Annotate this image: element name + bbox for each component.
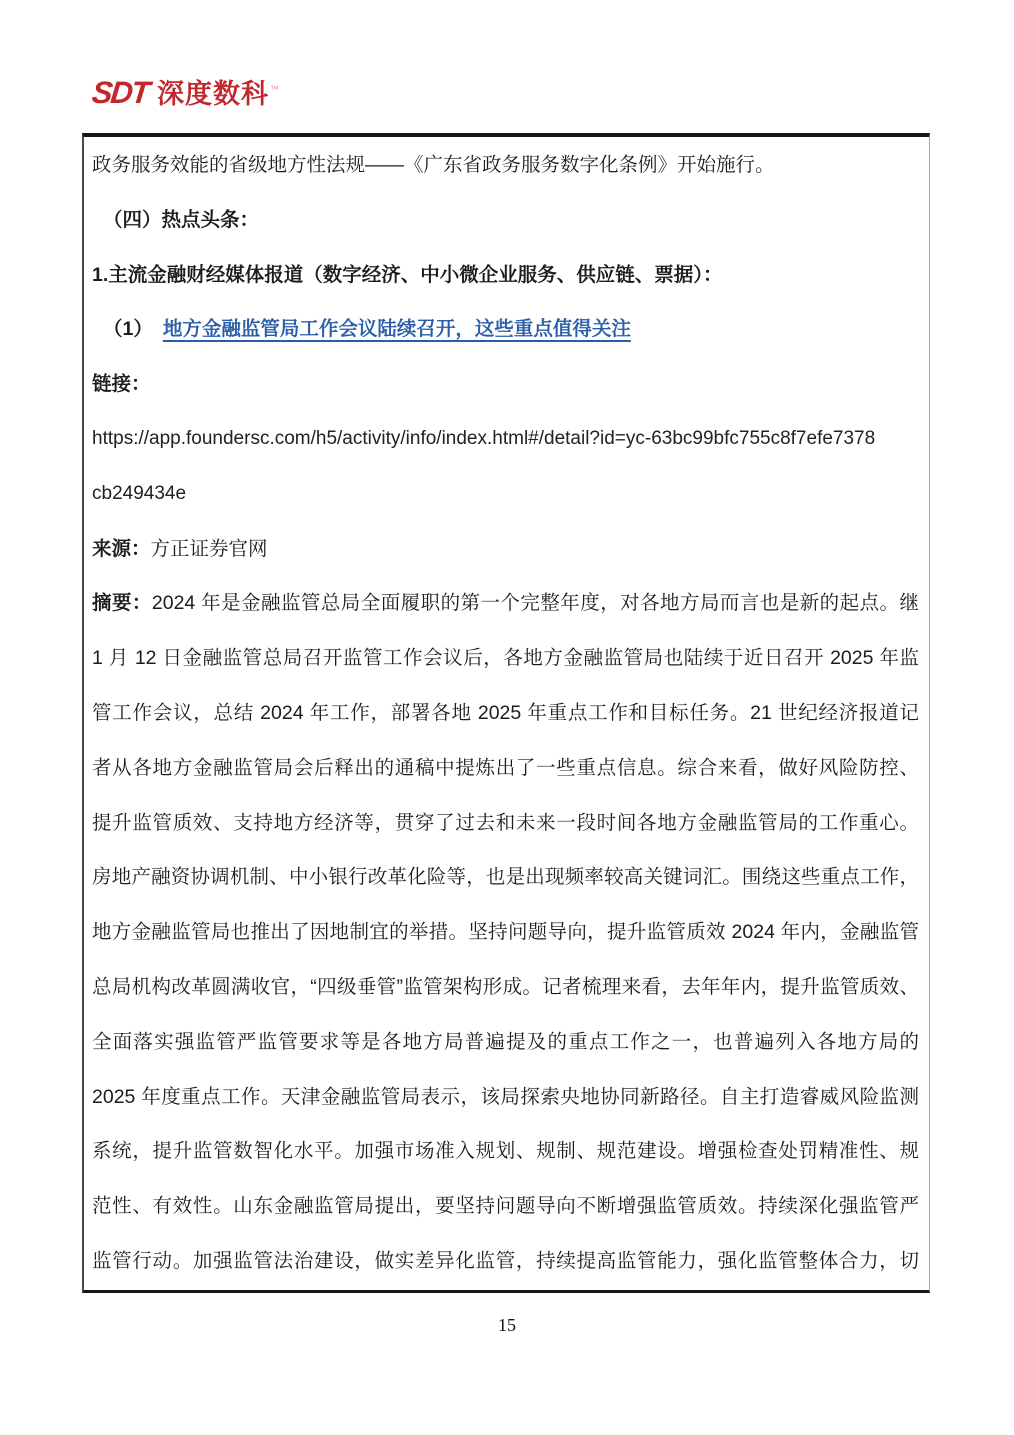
page-number: 15 (0, 1315, 1014, 1336)
body-text-line: 者从各地方金融监管局会后释出的通稿中提炼出了一些重点信息。综合来看，做好风险防控… (92, 741, 919, 796)
body-text-line: 总局机构改革圆满收官，“四级垂管”监管架构形成。记者梳理来看，去年年内，提升监管… (92, 960, 919, 1015)
body-text-line: 地方金融监管局也推出了因地制宜的举措。坚持问题导向，提升监管质效 2024 年内… (92, 905, 919, 960)
source-label: 来源： (92, 538, 151, 560)
body-text-line: 监管行动。加强监管法治建设，做实差异化监管，持续提高监管能力，强化监管整体合力，… (92, 1234, 919, 1289)
paragraph-intro-line: 政务服务效能的省级地方性法规——《广东省政务服务数字化条例》开始施行。 (92, 138, 919, 193)
url-text-line-2: cb249434e (92, 467, 919, 522)
source-value: 方正证券官网 (151, 538, 268, 560)
body-text-line: 1 月 12 日金融监管总局召开监管工作会议后，各地方金融监管局也陆续于近日召开… (92, 631, 919, 686)
trademark-icon: ™ (270, 84, 279, 94)
document-content-box: 政务服务效能的省级地方性法规——《广东省政务服务数字化条例》开始施行。 （四）热… (82, 133, 930, 1293)
abstract-first-text: 2024 年是金融监管总局全面履职的第一个完整年度，对各地方局而言也是新的起点。… (152, 592, 919, 614)
url-text-line-1: https://app.foundersc.com/h5/activity/in… (92, 412, 919, 467)
body-text-line: 管工作会议，总结 2024 年工作，部署各地 2025 年重点工作和目标任务。2… (92, 686, 919, 741)
abstract-label: 摘要： (92, 592, 152, 614)
logo-company-name: 深度数科 (157, 79, 269, 109)
company-logo: SDT深度数科™ (92, 76, 278, 116)
news-item-number: （1） (103, 318, 153, 340)
news-item-line: （1）地方金融监管局工作会议陆续召开，这些重点值得关注 (92, 302, 919, 357)
section-heading: （四）热点头条： (92, 193, 919, 248)
body-text-line: 2025 年度重点工作。天津金融监管局表示，该局探索央地协同新路径。自主打造睿威… (92, 1070, 919, 1125)
body-text-line: 系统，提升监管数智化水平。加强市场准入规划、规制、规范建设。增强检查处罚精准性、… (92, 1124, 919, 1179)
subsection-heading: 1.主流金融财经媒体报道（数字经济、中小微企业服务、供应链、票据）： (92, 248, 919, 303)
abstract-first-line: 摘要：2024 年是金融监管总局全面履职的第一个完整年度，对各地方局而言也是新的… (92, 576, 919, 631)
body-text-line: 全面落实强监管严监管要求等是各地方局普遍提及的重点工作之一，也普遍列入各地方局的 (92, 1015, 919, 1070)
link-label: 链接： (92, 357, 919, 412)
logo-sdt-wordmark: SDT (90, 76, 150, 110)
body-text-line: 房地产融资协调机制、中小银行改革化险等，也是出现频率较高关键词汇。围绕这些重点工… (92, 850, 919, 905)
body-text-line: 提升监管质效、支持地方经济等，贯穿了过去和未来一段时间各地方金融监管局的工作重心… (92, 796, 919, 851)
body-text-line: 范性、有效性。山东金融监管局提出，要坚持问题导向不断增强监管质效。持续深化强监管… (92, 1179, 919, 1234)
source-line: 来源：方正证券官网 (92, 522, 919, 577)
news-item-link[interactable]: 地方金融监管局工作会议陆续召开，这些重点值得关注 (163, 318, 631, 340)
